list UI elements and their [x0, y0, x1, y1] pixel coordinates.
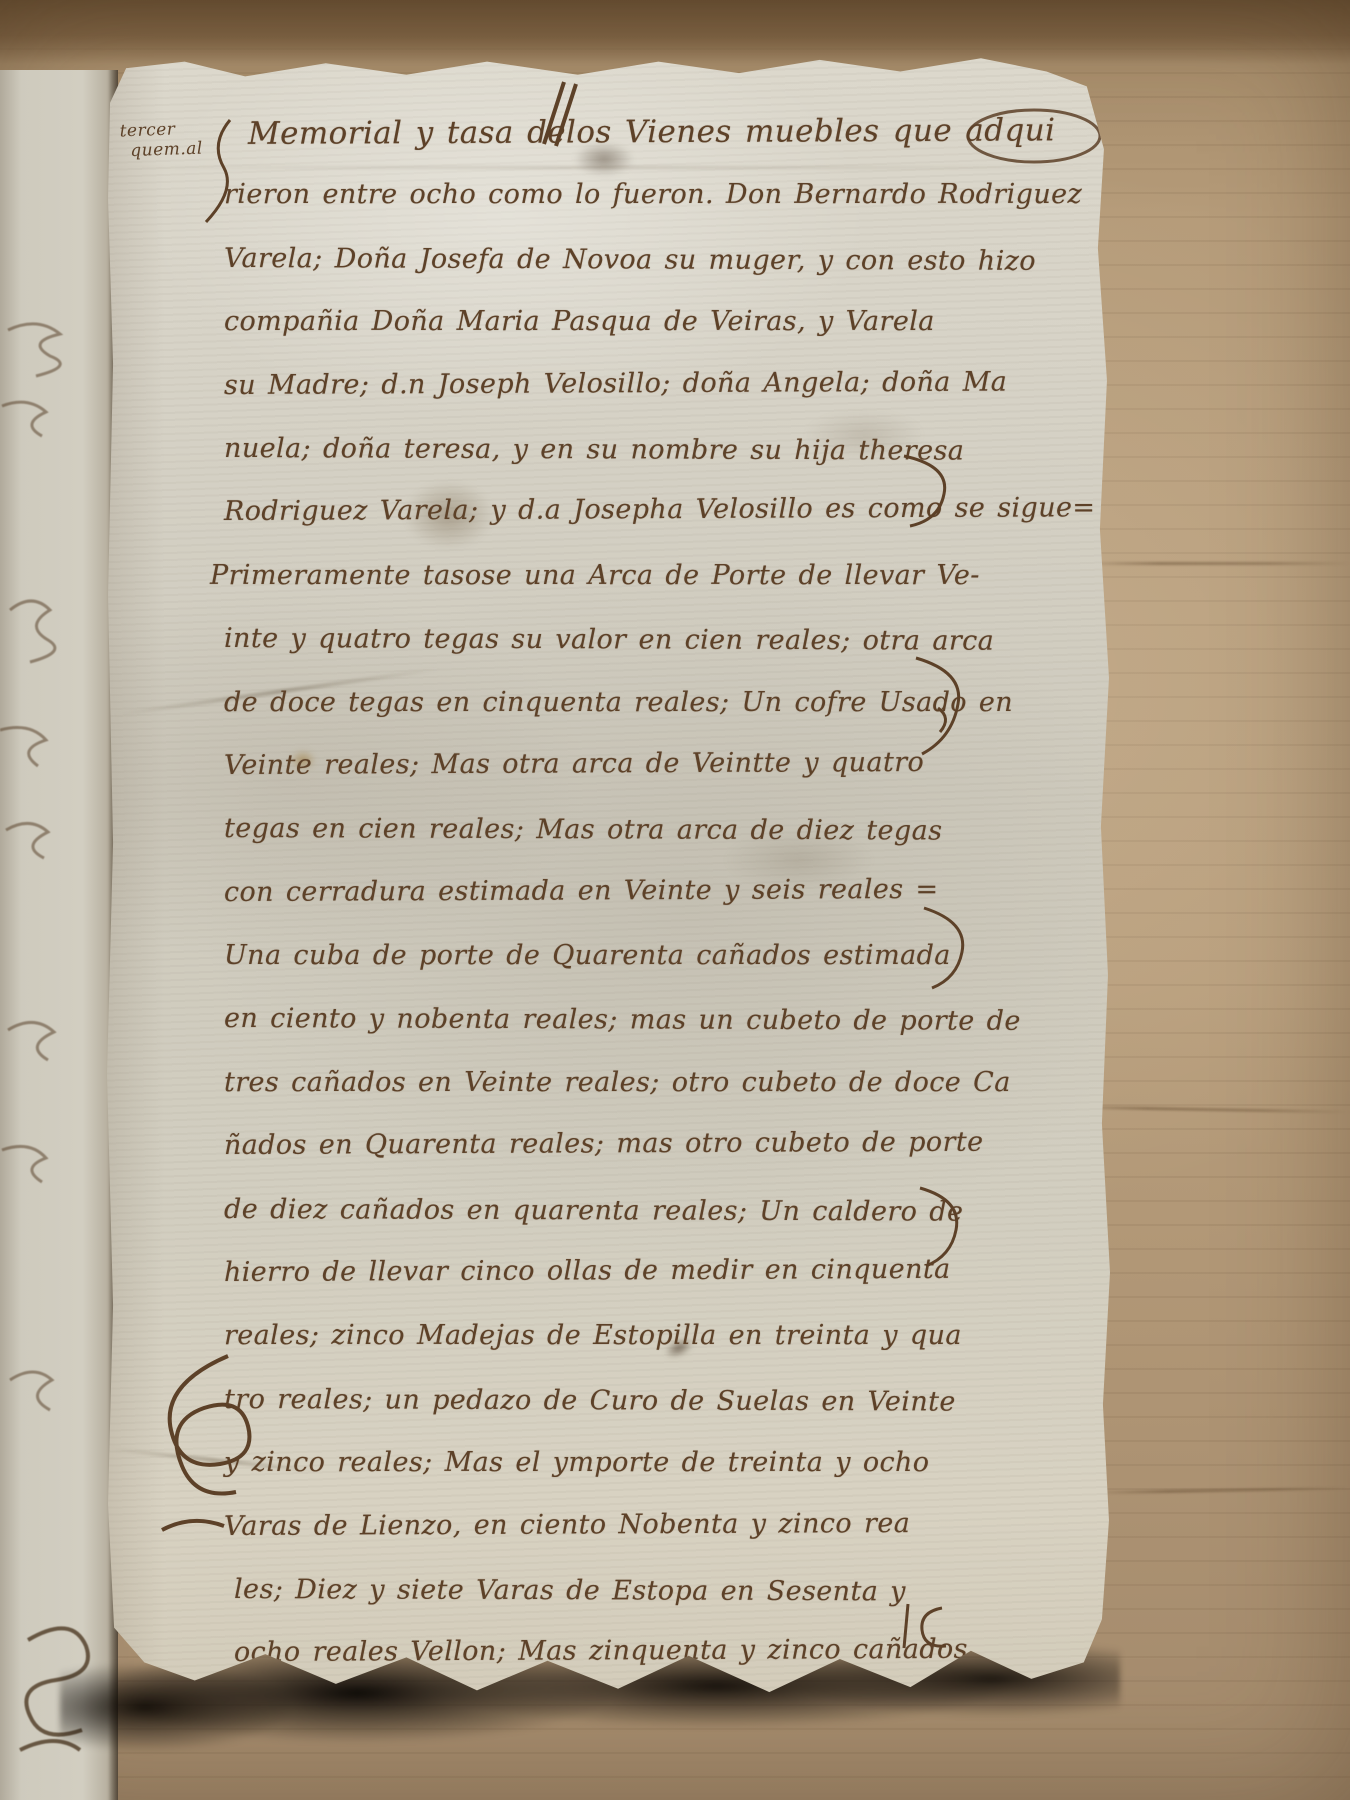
- manuscript-line: rieron entre ocho como lo fueron. Don Be…: [224, 179, 1104, 242]
- bleed-through-marks: [0, 1000, 110, 1560]
- photo-scene: tercer quem.al: [0, 0, 1350, 1800]
- manuscript-line: Varela; Doña Josefa de Novoa su muger, y…: [224, 243, 1104, 309]
- manuscript-line: hierro de llevar cinco ollas de medir en…: [224, 1253, 1104, 1320]
- manuscript-line: Veinte reales; Mas otra arca de Veintte …: [224, 746, 1104, 813]
- cardboard-top-shadow: [0, 0, 1350, 64]
- manuscript-line: Memorial y tasa delos Vienes muebles que…: [224, 112, 1104, 179]
- cardboard-crease: [1080, 562, 1350, 565]
- manuscript-lines: Memorial y tasa delos Vienes muebles que…: [224, 116, 1104, 1701]
- manuscript-line: tres cañados en Veinte reales; otro cube…: [224, 1067, 1104, 1130]
- manuscript-line: ñados en Quarenta reales; mas otro cubet…: [224, 1126, 1104, 1193]
- manuscript-line: tegas en cien reales; Mas otra arca de d…: [224, 813, 1104, 879]
- manuscript-line: su Madre; d.n Joseph Velosillo; doña Ang…: [224, 366, 1104, 433]
- manuscript-line: en ciento y nobenta reales; mas un cubet…: [224, 1003, 1104, 1069]
- cardboard-crease: [1090, 1487, 1350, 1495]
- manuscript-line: de doce tegas en cinquenta reales; Un co…: [224, 687, 1104, 750]
- manuscript-page: tercer quem.al: [104, 50, 1112, 1702]
- manuscript-line: nuela; doña teresa, y en su nombre su hi…: [224, 433, 1104, 499]
- manuscript-line: tro reales; un pedazo de Curo de Suelas …: [224, 1384, 1104, 1450]
- manuscript-line: inte y quatro tegas su valor en cien rea…: [224, 623, 1104, 689]
- bleed-through-marks: [0, 310, 110, 870]
- manuscript-line: Una cuba de porte de Quarenta cañados es…: [224, 940, 1104, 1003]
- manuscript-line: les; Diez y siete Varas de Estopa en Ses…: [234, 1574, 1104, 1640]
- manuscript-line: y zinco reales; Mas el ymporte de treint…: [224, 1447, 1104, 1510]
- manuscript-line: compañia Doña Maria Pasqua de Veiras, y …: [224, 306, 1104, 369]
- cardboard-crease: [1060, 1105, 1350, 1113]
- manuscript-line: Rodriguez Varela; y d.a Josepha Velosill…: [224, 493, 1104, 560]
- left-page-edges: [0, 70, 118, 1800]
- manuscript-line: Primeramente tasose una Arca de Porte de…: [210, 560, 1104, 623]
- margin-annotation-line: quem.al: [120, 139, 203, 162]
- manuscript-line: de diez cañados en quarenta reales; Un c…: [224, 1194, 1104, 1260]
- manuscript-line: Varas de Lienzo, en ciento Nobenta y zin…: [224, 1507, 1104, 1574]
- margin-annotation: tercer quem.al: [119, 119, 203, 162]
- manuscript-line: reales; zinco Madejas de Estopilla en tr…: [224, 1320, 1104, 1383]
- manuscript-line: con cerradura estimada en Veinte y seis …: [224, 873, 1104, 940]
